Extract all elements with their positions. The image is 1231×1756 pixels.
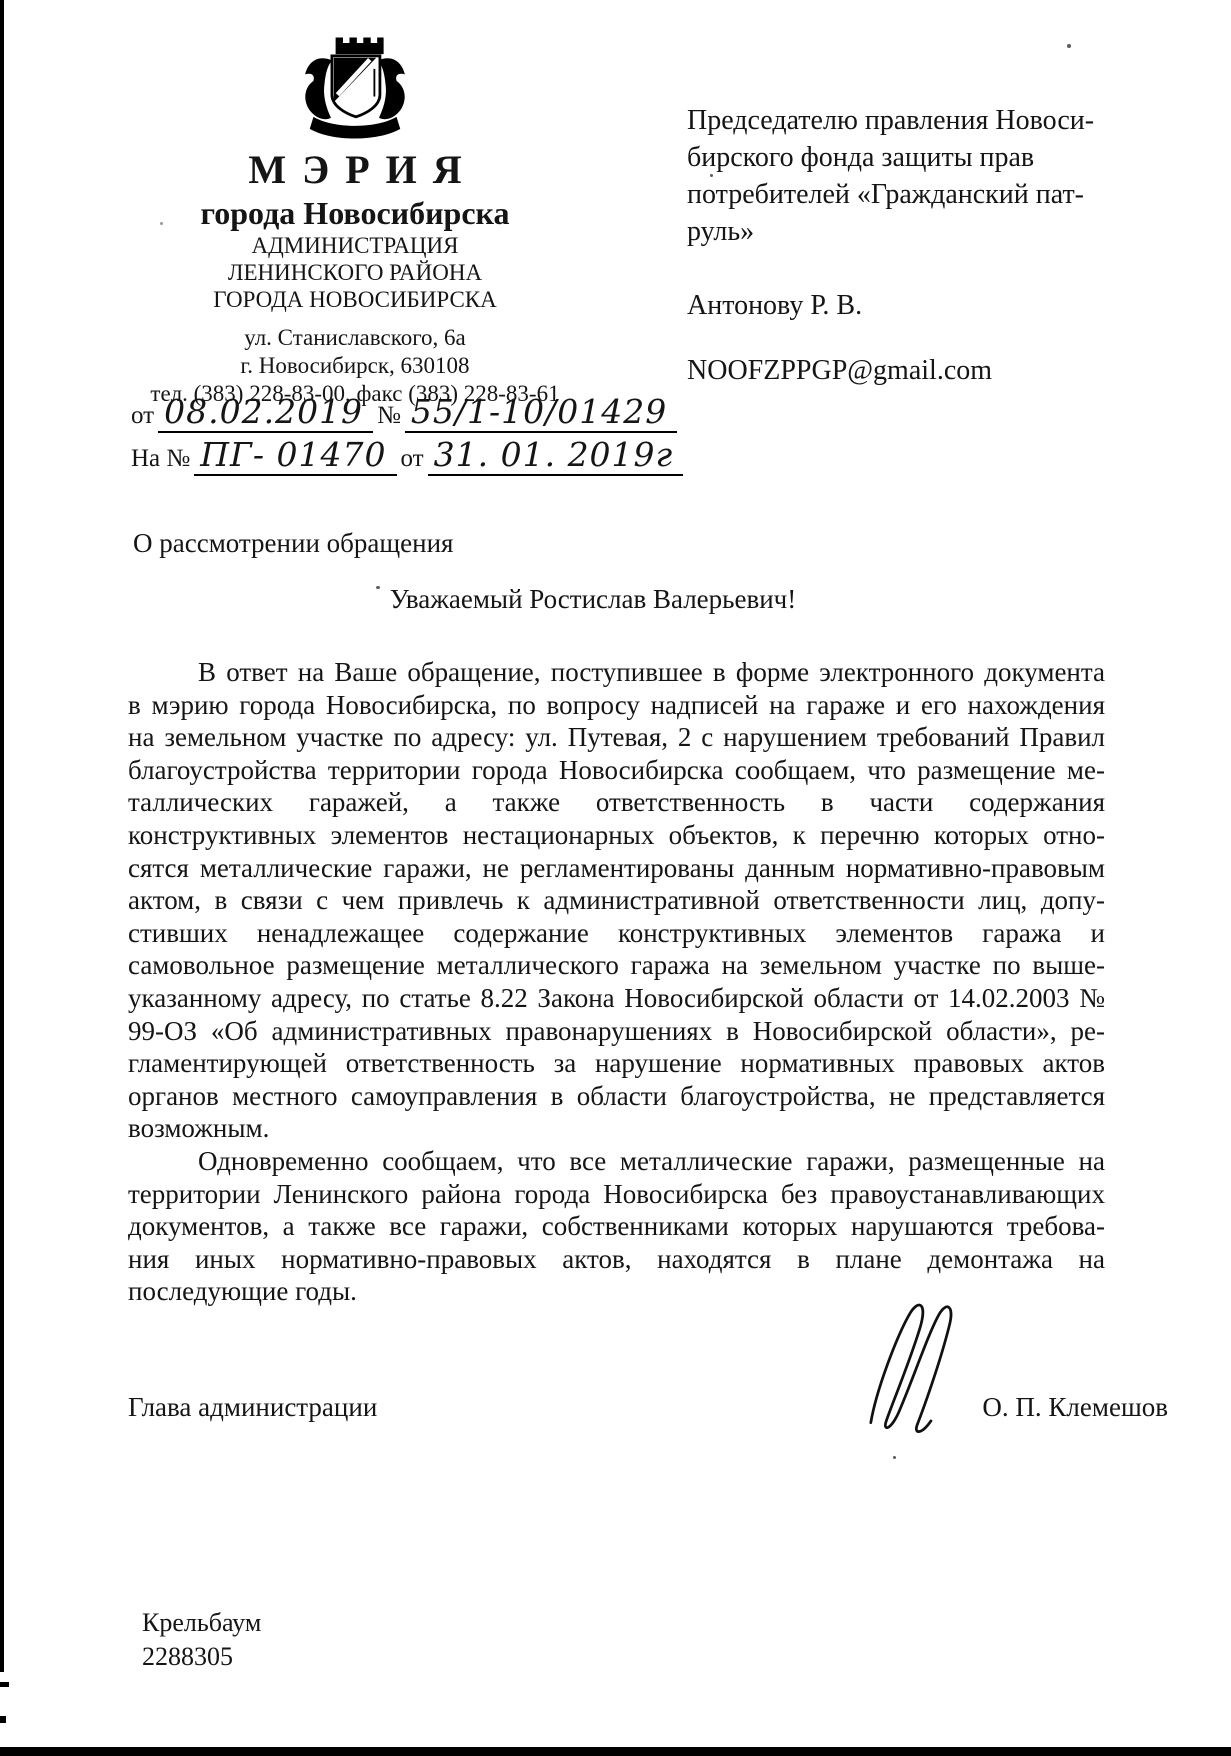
signer-name: О. П. Клемешов xyxy=(982,1392,1168,1423)
signer-position: Глава администрации xyxy=(128,1392,377,1423)
org-street: ул. Станиславского, 6а xyxy=(120,324,590,352)
body-line: самовольное размещение металлического га… xyxy=(128,949,1105,982)
body-line: указанному адресу, по статье 8.22 Закона… xyxy=(128,982,1105,1015)
incoming-ref-row: На № ПГ- 01470 от 31. 01. 2019г xyxy=(131,437,671,476)
incoming-number-label: На № xyxy=(131,445,190,472)
scan-artifact xyxy=(1067,44,1071,48)
org-name-main: МЭРИЯ xyxy=(120,146,590,193)
executor-name: Крельбаум xyxy=(142,1606,261,1640)
body-line: документов, а также все гаражи, собствен… xyxy=(128,1210,1105,1243)
outgoing-number-label: № xyxy=(377,402,401,429)
body-line: гламентирующей ответственность за наруше… xyxy=(128,1047,1105,1080)
body-line: 99-ОЗ «Об административных правонарушени… xyxy=(128,1015,1105,1048)
incoming-date-label: от xyxy=(401,445,424,472)
incoming-date-handwritten: 31. 01. 2019г xyxy=(428,437,684,476)
body-line: возможным. xyxy=(128,1112,1105,1145)
scan-artifact xyxy=(0,1682,9,1687)
outgoing-ref-row: от 08.02.2019 № 55/1-10/01429 xyxy=(131,394,671,433)
body-line: В ответ на Ваше обращение, поступившее в… xyxy=(128,656,1105,689)
body-line: ния иных нормативно-правовых актов, нахо… xyxy=(128,1243,1105,1276)
reference-numbers: от 08.02.2019 № 55/1-10/01429 На № ПГ- 0… xyxy=(131,394,671,480)
recipient-email: NOOFZPPGP@gmail.com xyxy=(687,352,1137,389)
scan-edge-line xyxy=(0,0,4,1672)
scan-artifact xyxy=(0,1716,6,1723)
org-subdivision: ГОРОДА НОВОСИБИРСКА xyxy=(120,286,590,313)
recipient-name: Антонову Р. В. xyxy=(687,287,1137,324)
outgoing-date-label: от xyxy=(131,402,154,429)
letter-body: В ответ на Ваше обращение, поступившее в… xyxy=(128,656,1105,1308)
body-line: актом, в связи с чем привлечь к админист… xyxy=(128,884,1105,917)
scan-artifact xyxy=(893,1456,896,1459)
body-line: сятся металлические гаражи, не регламент… xyxy=(128,852,1105,885)
body-line: на земельном участке по адресу: ул. Путе… xyxy=(128,721,1105,754)
recipient-block: Председателю правления Новоси- бирского … xyxy=(687,102,1137,389)
outgoing-number-handwritten: 55/1-10/01429 xyxy=(405,394,677,433)
signature-icon xyxy=(848,1288,1003,1448)
signature-row: Глава администрации О. П. Клемешов xyxy=(128,1392,1168,1423)
incoming-number-handwritten: ПГ- 01470 xyxy=(194,437,396,476)
executor-block: Крельбаум 2288305 xyxy=(142,1606,261,1674)
body-line: Одновременно сообщаем, что все металличе… xyxy=(128,1145,1105,1178)
body-line: благоустройства территории города Новоси… xyxy=(128,754,1105,787)
body-line: территории Ленинского района города Ново… xyxy=(128,1178,1105,1211)
body-line: стивших ненадлежащее содержание конструк… xyxy=(128,917,1105,950)
body-line: органов местного самоуправления в област… xyxy=(128,1080,1105,1113)
letter-page: МЭРИЯ города Новосибирска АДМИНИСТРАЦИЯ … xyxy=(0,0,1231,1756)
body-line: в мэрию города Новосибирска, по вопросу … xyxy=(128,689,1105,722)
novosibirsk-coat-of-arms-icon xyxy=(295,30,415,140)
org-name-city: города Новосибирска xyxy=(120,195,590,232)
org-city-zip: г. Новосибирск, 630108 xyxy=(120,352,590,380)
body-line: конструктивных элементов нестационарных … xyxy=(128,819,1105,852)
body-line: таллических гаражей, а также ответственн… xyxy=(128,786,1105,819)
salutation: Уважаемый Ростислав Валерьевич! xyxy=(128,584,1058,615)
scan-edge-line xyxy=(0,1747,1231,1756)
org-subdivision: ЛЕНИНСКОГО РАЙОНА xyxy=(120,259,590,286)
letterhead: МЭРИЯ города Новосибирска АДМИНИСТРАЦИЯ … xyxy=(120,30,590,408)
recipient-title: Председателю правления Новоси- бирского … xyxy=(687,102,1137,250)
subject-line: О рассмотрении обращения xyxy=(133,528,453,559)
executor-phone: 2288305 xyxy=(142,1640,261,1674)
outgoing-date-handwritten: 08.02.2019 xyxy=(158,394,373,433)
org-subdivision: АДМИНИСТРАЦИЯ xyxy=(120,232,590,259)
